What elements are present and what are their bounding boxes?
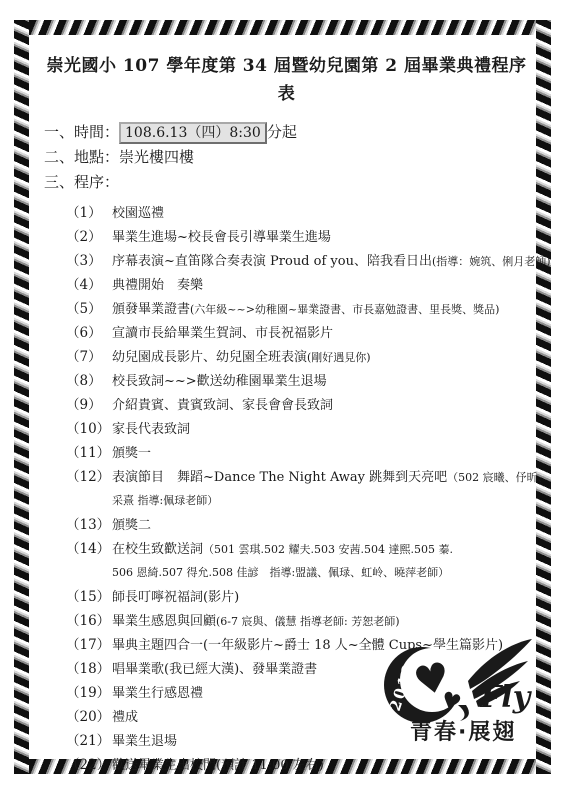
program-item: （12）表演節目 舞蹈~Dance The Night Away 跳舞到天亮吧（… [66, 465, 529, 513]
date-box: 108.6.13（四）8:30 [119, 122, 267, 144]
program-sheet-page: 崇光國小 107 學年度第 34 屆暨幼兒園第 2 屆畢業典禮程序表 一、時間：… [0, 0, 565, 800]
item-number: （16） [66, 609, 112, 633]
program-item: （2）畢業生進場~校長會長引導畢業生進場 [66, 225, 529, 249]
program-item: （22）歡送畢業生出校門(預計 11:00 左右) [66, 753, 529, 777]
place-line: 二、地點：崇光樓四樓 [44, 145, 529, 170]
item-text: 頒獎一 [112, 442, 151, 466]
item-number: （19） [66, 681, 112, 705]
item-text: 校園巡禮 [112, 202, 164, 226]
item-number: （13） [66, 513, 112, 537]
logo-slogan: 青春·展翅 [410, 719, 516, 745]
place-label: 二、地點： [44, 148, 119, 166]
item-text: 畢業生感恩與回顧 [112, 610, 216, 634]
item-number: （1） [66, 201, 112, 225]
program-label-line: 三、程序： [44, 170, 529, 195]
program-item: （7）幼兒園成長影片、幼兒園全班表演(剛好遇見你) [66, 345, 529, 369]
border-top-ribbon [14, 20, 551, 35]
program-item-row: （9）介紹貴賓、貴賓致詞、家長會會長致詞 [66, 393, 529, 417]
item-text: 唱畢業歌(我已經大漢)、發畢業證書 [112, 658, 317, 682]
graduation-logo: 2019 ♥ ♥ Fly 青春·展翅 [372, 639, 537, 754]
program-item-row: （11）頒獎一 [66, 441, 529, 465]
item-number: （20） [66, 705, 112, 729]
item-number: （7） [66, 345, 112, 369]
time-suffix: 分起 [267, 123, 297, 141]
program-label: 三、程序： [44, 173, 119, 191]
item-text: 校長致詞~~>歡送幼稚園畢業生退場 [112, 370, 327, 394]
item-text: 畢業生退場 [112, 730, 177, 754]
program-item-row: （14）在校生致歡送詞（501 雲琪.502 耀夫.503 安茜.504 達熙.… [66, 537, 529, 561]
item-number: （15） [66, 585, 112, 609]
program-item: （4）典禮開始 奏樂 [66, 273, 529, 297]
item-note: （502 宸曦、伃昕、 [447, 466, 549, 490]
program-item: （11）頒獎一 [66, 441, 529, 465]
item-number: （14） [66, 537, 112, 561]
item-number: （12） [66, 465, 112, 489]
item-continuation: 采熹 指導:佩琭老師） [112, 489, 529, 513]
time-line: 一、時間：108.6.13（四）8:30分起 [44, 120, 529, 145]
item-text: 表演節目 舞蹈~Dance The Night Away 跳舞到天亮吧 [112, 466, 447, 490]
item-text: 禮成 [112, 706, 138, 730]
program-item-row: （13）頒獎二 [66, 513, 529, 537]
item-note: (6-7 宸與、儀慧 指導老師: 芳恕老師) [216, 610, 400, 634]
program-item: （9）介紹貴賓、貴賓致詞、家長會會長致詞 [66, 393, 529, 417]
program-item-row: （12）表演節目 舞蹈~Dance The Night Away 跳舞到天亮吧（… [66, 465, 529, 489]
item-text: 家長代表致詞 [112, 418, 190, 442]
item-text: 介紹貴賓、貴賓致詞、家長會會長致詞 [112, 394, 333, 418]
program-item: （1）校園巡禮 [66, 201, 529, 225]
program-item-row: （1）校園巡禮 [66, 201, 529, 225]
item-text: 頒獎二 [112, 514, 151, 538]
program-item: （14）在校生致歡送詞（501 雲琪.502 耀夫.503 安茜.504 達熙.… [66, 537, 529, 585]
program-item: （10）家長代表致詞 [66, 417, 529, 441]
logo-graphic: 2019 ♥ ♥ Fly 青春·展翅 [372, 639, 537, 754]
item-note: (指導：婉筑、俐月老師) [432, 250, 551, 274]
page-title: 崇光國小 107 學年度第 34 屆暨幼兒園第 2 屆畢業典禮程序表 [44, 52, 529, 108]
item-note: (剛好遇見你) [307, 346, 371, 370]
item-text: 畢業生行感恩禮 [112, 682, 203, 706]
program-item: （3）序幕表演~直笛隊合奏表演 Proud of you、陪我看日出(指導：婉筑… [66, 249, 529, 273]
item-text: 宣讀市長給畢業生賀詞、市長祝福影片 [112, 322, 333, 346]
place-value: 崇光樓四樓 [119, 148, 194, 166]
item-number: （9） [66, 393, 112, 417]
item-note: (六年級~~>幼稚園~畢業證書、市長嘉勉證書、里長獎、獎品) [190, 298, 499, 322]
program-item: （13）頒獎二 [66, 513, 529, 537]
item-text: 幼兒園成長影片、幼兒園全班表演 [112, 346, 307, 370]
item-number: （11） [66, 441, 112, 465]
border-right-ribbon [536, 20, 551, 774]
item-text: 典禮開始 奏樂 [112, 274, 203, 298]
program-item: （5）頒發畢業證書(六年級~~>幼稚園~畢業證書、市長嘉勉證書、里長獎、獎品) [66, 297, 529, 321]
program-item-row: （7）幼兒園成長影片、幼兒園全班表演(剛好遇見你) [66, 345, 529, 369]
item-text: 序幕表演~直笛隊合奏表演 Proud of you、陪我看日出 [112, 250, 432, 274]
program-item-row: （8）校長致詞~~>歡送幼稚園畢業生退場 [66, 369, 529, 393]
program-item-row: （4）典禮開始 奏樂 [66, 273, 529, 297]
program-item-row: （16）畢業生感恩與回顧(6-7 宸與、儀慧 指導老師: 芳恕老師) [66, 609, 529, 633]
item-number: （5） [66, 297, 112, 321]
item-text: 歡送畢業生出校門(預計 11:00 左右) [112, 754, 324, 778]
program-item-row: （2）畢業生進場~校長會長引導畢業生進場 [66, 225, 529, 249]
logo-fly-text: Fly [479, 680, 533, 715]
program-item-row: （10）家長代表致詞 [66, 417, 529, 441]
item-continuation: 506 恩綺.507 得允.508 佳諺 指導:盟議、佩琭、虹岭、曉萍老師） [112, 561, 529, 585]
program-item: （8）校長致詞~~>歡送幼稚園畢業生退場 [66, 369, 529, 393]
item-number: （22） [66, 753, 112, 777]
program-item: （16）畢業生感恩與回顧(6-7 宸與、儀慧 指導老師: 芳恕老師) [66, 609, 529, 633]
item-text: 畢業生進場~校長會長引導畢業生進場 [112, 226, 331, 250]
program-item: （15）師長叮嚀祝福詞(影片) [66, 585, 529, 609]
item-text: 在校生致歡送詞 [112, 538, 203, 562]
item-number: （17） [66, 633, 112, 657]
program-item-row: （15）師長叮嚀祝福詞(影片) [66, 585, 529, 609]
program-item-row: （5）頒發畢業證書(六年級~~>幼稚園~畢業證書、市長嘉勉證書、里長獎、獎品) [66, 297, 529, 321]
item-number: （10） [66, 417, 112, 441]
program-item: （6）宣讀市長給畢業生賀詞、市長祝福影片 [66, 321, 529, 345]
item-number: （8） [66, 369, 112, 393]
program-item-row: （22）歡送畢業生出校門(預計 11:00 左右) [66, 753, 529, 777]
item-number: （21） [66, 729, 112, 753]
item-number: （4） [66, 273, 112, 297]
item-number: （6） [66, 321, 112, 345]
program-item-row: （3）序幕表演~直笛隊合奏表演 Proud of you、陪我看日出(指導：婉筑… [66, 249, 529, 273]
item-text: 師長叮嚀祝福詞(影片) [112, 586, 239, 610]
program-item-row: （6）宣讀市長給畢業生賀詞、市長祝福影片 [66, 321, 529, 345]
time-label: 一、時間： [44, 123, 119, 141]
item-text: 頒發畢業證書 [112, 298, 190, 322]
item-number: （3） [66, 249, 112, 273]
border-left-ribbon [14, 20, 29, 774]
item-number: （18） [66, 657, 112, 681]
item-number: （2） [66, 225, 112, 249]
item-note: （501 雲琪.502 耀夫.503 安茜.504 達熙.505 蓁. [203, 538, 453, 562]
